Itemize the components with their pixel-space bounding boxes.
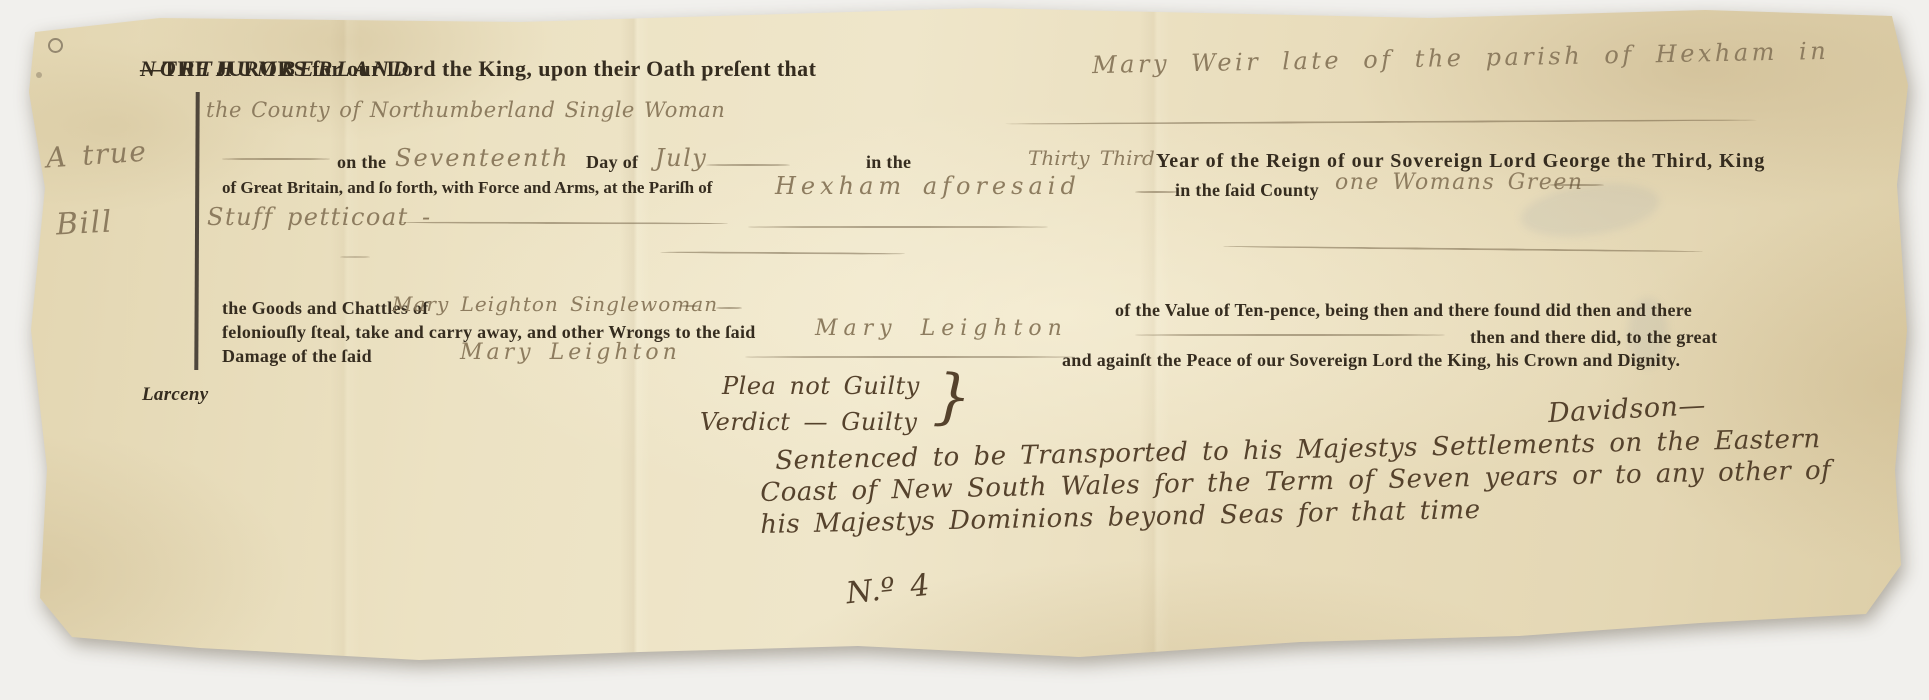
ink-rule bbox=[748, 226, 1048, 228]
ink-rule bbox=[1005, 119, 1757, 125]
britain-clause: of Great Britain, and ſo forth, with For… bbox=[222, 178, 712, 198]
ink-rule bbox=[1548, 184, 1604, 186]
goods-entry-2: Stuff petticoat - bbox=[207, 203, 432, 231]
then-there-clause: then and there did, to the great bbox=[1470, 327, 1717, 348]
verdict-brace: } bbox=[932, 361, 973, 432]
scanned-document-page: NORTHUMBERLAND—THE JURORS for our Lord t… bbox=[0, 0, 1929, 700]
ink-speck bbox=[36, 72, 42, 78]
defendant-entry: Mary Weir late of the parish of Hexham i… bbox=[1092, 37, 1830, 79]
ink-rule bbox=[716, 307, 742, 309]
month-entry: July bbox=[655, 144, 707, 172]
parish-entry: Hexham aforesaid bbox=[775, 172, 1081, 200]
clerk-signature: Davidson— bbox=[1547, 390, 1706, 429]
ink-rule bbox=[680, 305, 700, 307]
ink-rule bbox=[398, 221, 728, 224]
ink-rule bbox=[745, 356, 1075, 358]
bracket-rule bbox=[194, 92, 199, 370]
ink-rule bbox=[1135, 334, 1445, 336]
parchment-shadow: NORTHUMBERLAND—THE JURORS for our Lord t… bbox=[0, 0, 1929, 700]
jurors-clause: —THE JURORS for our Lord the King, upon … bbox=[140, 56, 816, 82]
document-parchment: NORTHUMBERLAND—THE JURORS for our Lord t… bbox=[0, 0, 1929, 700]
ink-rule bbox=[1135, 191, 1179, 193]
goods-entry-1: one Womans Green bbox=[1335, 170, 1584, 195]
plea-entry: Plea not Guilty bbox=[722, 372, 920, 400]
value-clause: of the Value of Ten-pence, being then an… bbox=[1115, 300, 1692, 321]
ink-rule bbox=[706, 164, 790, 166]
in-the: in the bbox=[866, 152, 911, 173]
on-the: on the bbox=[337, 152, 386, 173]
charge-label: Larceny bbox=[142, 384, 208, 406]
pin-hole bbox=[48, 38, 63, 53]
damage-clause: Damage of the ſaid bbox=[222, 346, 372, 367]
day-of: Day of bbox=[586, 152, 638, 173]
regnal-entry: Thirty Third bbox=[1028, 146, 1155, 170]
true-bill-line1: A true bbox=[45, 135, 148, 175]
case-number: N.º 4 bbox=[844, 568, 931, 612]
ink-rule bbox=[222, 158, 330, 160]
said-county: in the ſaid County bbox=[1175, 180, 1319, 201]
victim-entry-2: Mary Leighton bbox=[815, 316, 1068, 341]
owner-entry: Mary Leighton Singlewoman bbox=[392, 292, 718, 316]
ink-rule bbox=[660, 251, 905, 255]
victim-entry-3: Mary Leighton bbox=[460, 340, 681, 365]
ink-rule bbox=[340, 256, 370, 258]
true-bill-line2: Bill bbox=[55, 205, 114, 243]
day-entry: Seventeenth bbox=[395, 144, 569, 172]
verdict-entry: Verdict — Guilty bbox=[700, 408, 917, 436]
county-entry: the County of Northumberland Single Woma… bbox=[206, 98, 725, 122]
ink-rule bbox=[1223, 245, 1703, 252]
peace-clause: and againſt the Peace of our Sovereign L… bbox=[1062, 350, 1680, 371]
